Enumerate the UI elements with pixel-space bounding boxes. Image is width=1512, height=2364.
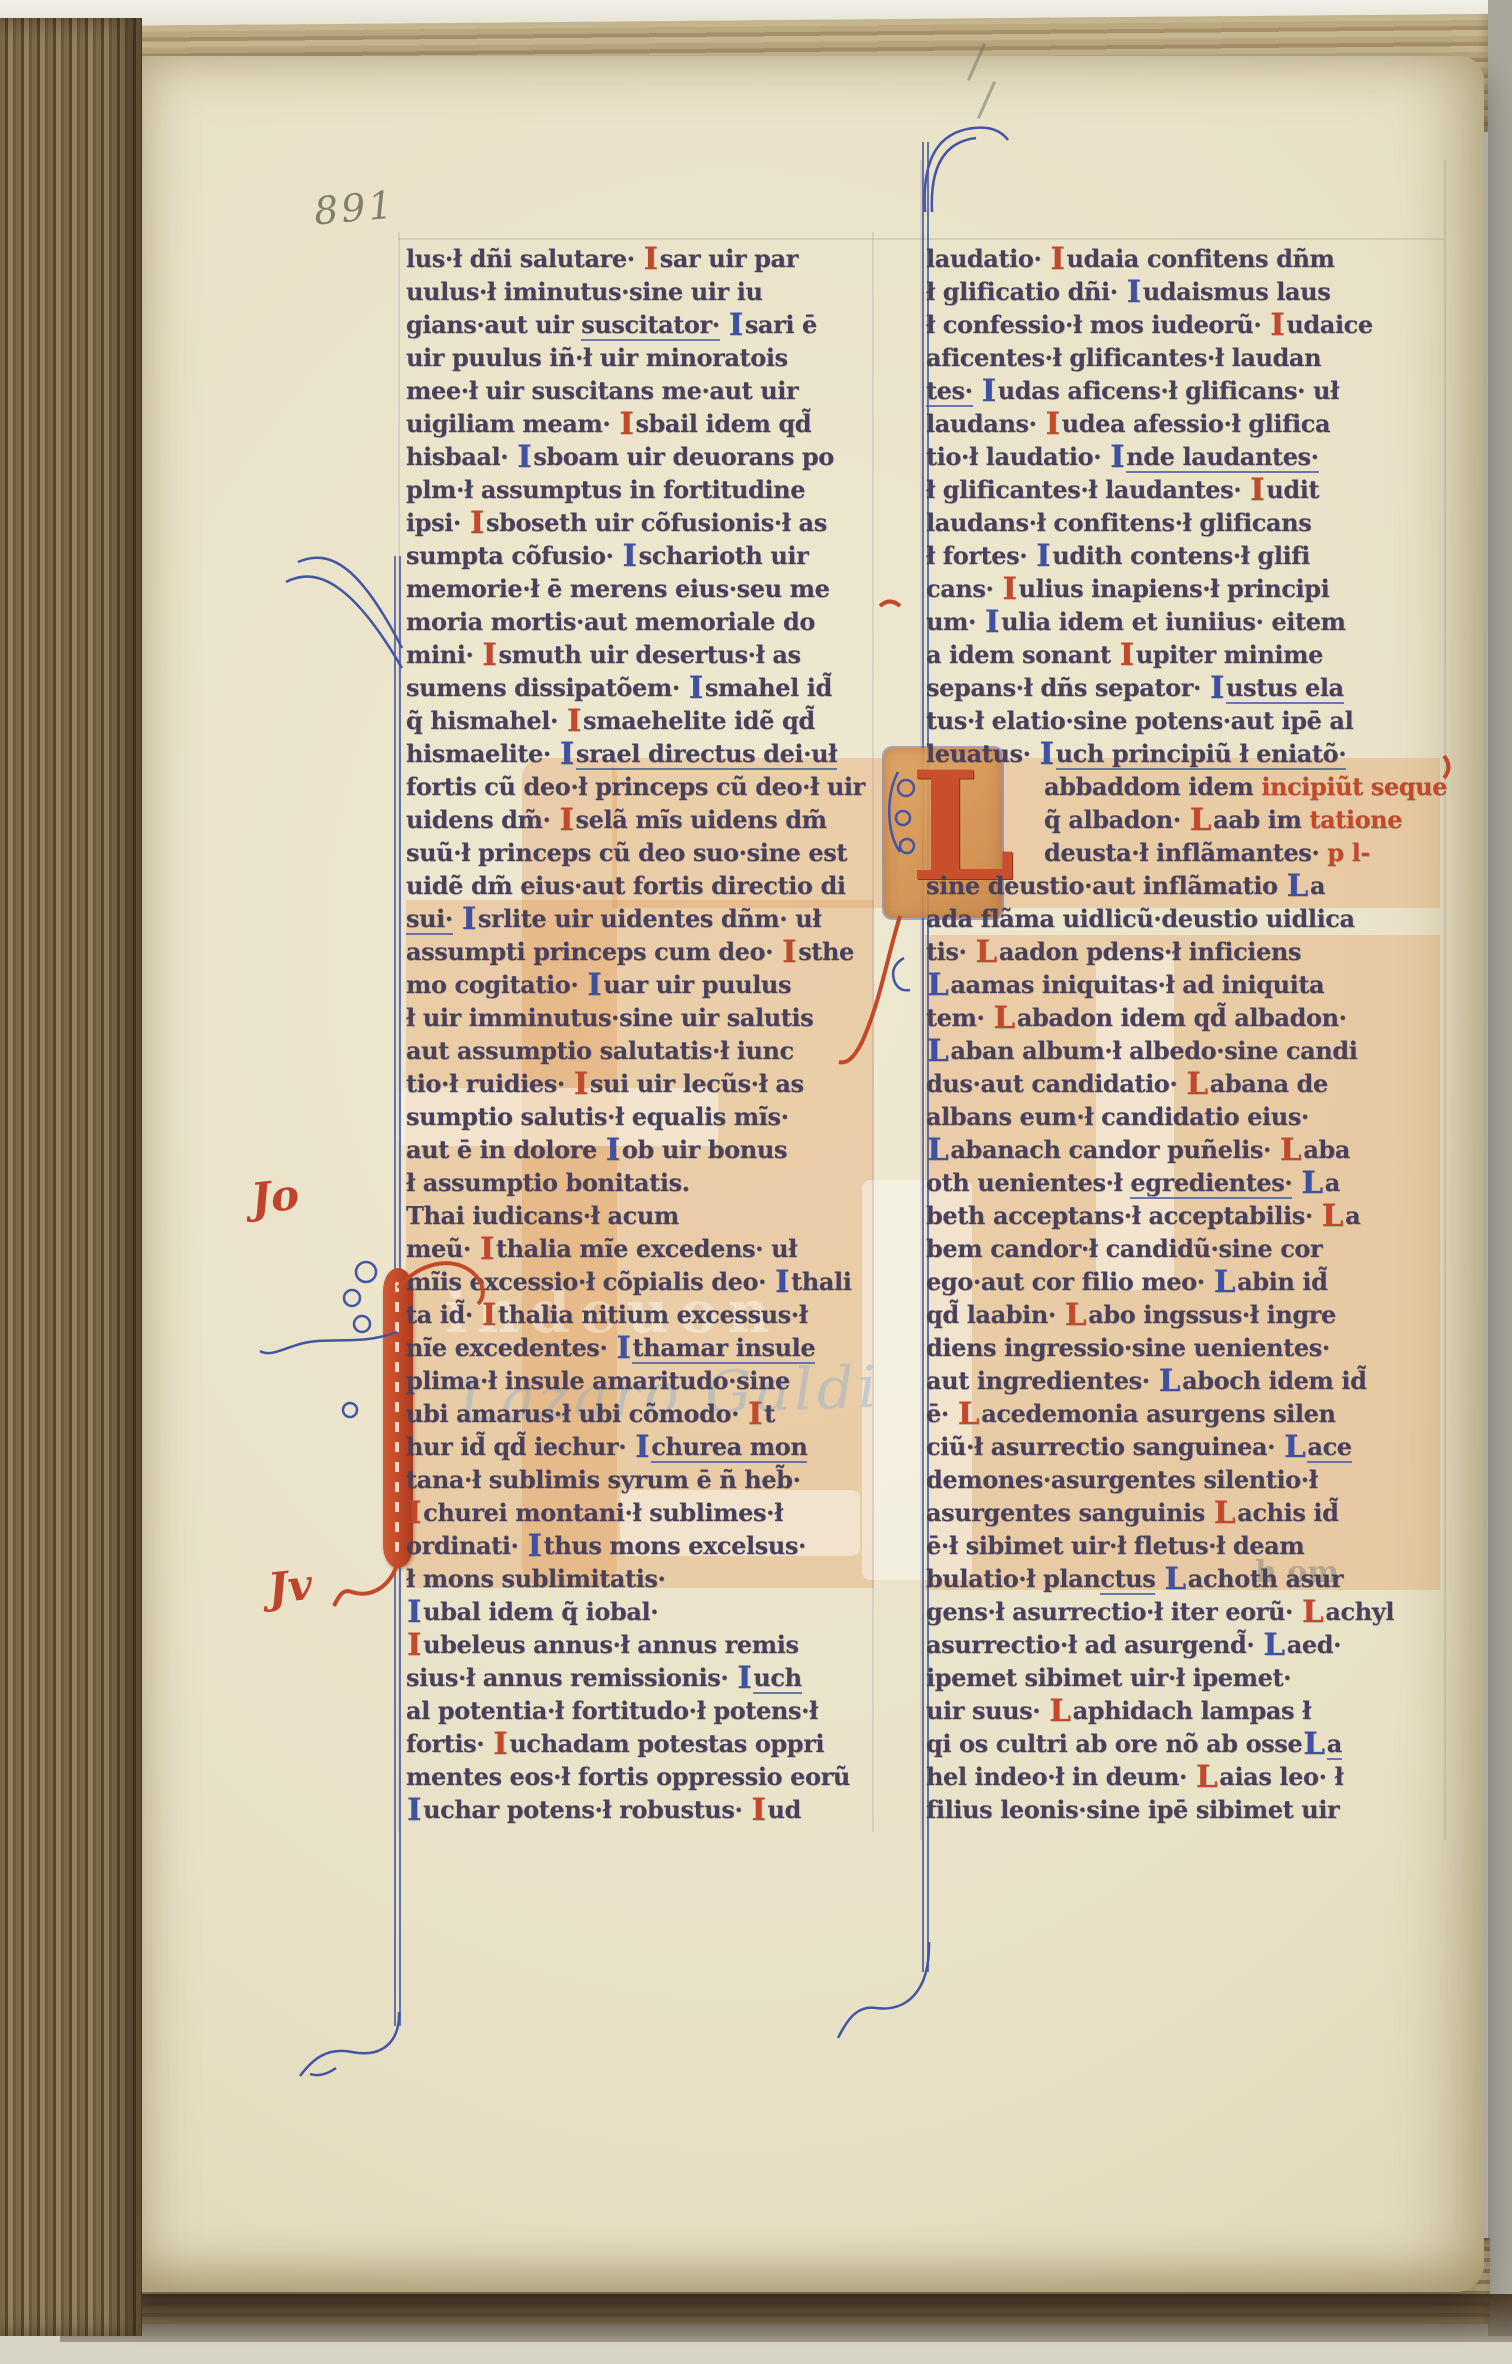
rubricated-initial: L [926,1033,950,1069]
rubricated-initial: I [559,736,576,772]
text-line: diens ingressio·sine uenientes· [926,1331,1446,1364]
text-segment: a [1325,1168,1340,1197]
text-segment: ł uir imminutus·sine uir salutis [406,1003,813,1032]
text-line: suũ·ł princeps cũ deo suo·sine est [406,836,881,869]
text-line: tana·ł sublimis syrum ē ñ heb̃· [406,1463,881,1496]
text-segment: hel indeo·ł in deum· [926,1762,1195,1791]
text-segment: tio·ł laudatio· [926,442,1109,471]
text-line: tus·ł elatio·sine potens·aut ipē al [926,704,1446,737]
text-segment: udaice [1286,310,1372,339]
text-line: mee·ł uir suscitans me·aut uir [406,374,881,407]
text-line: deusta·ł inflãmantes· p l- [926,836,1446,869]
text-segment: upiter minime [1136,640,1323,669]
text-segment: ud [768,1795,801,1824]
text-segment: tem· [926,1003,992,1032]
text-line: ł glificatio dñi· Iudaismus laus [926,275,1446,308]
text-line: tes· Iudas aficens·ł glificans· uł [926,374,1446,407]
text-line: dus·aut candidatio· Labana de [926,1067,1446,1100]
rubricated-initial: L [1185,1066,1209,1102]
text-segment: egredientes· [1130,1168,1292,1199]
text-line: uidẽ dm̃ eius·aut fortis directio di [406,869,881,902]
rubricated-initial: I [1049,241,1066,277]
rubricated-initial: L [957,1396,981,1432]
text-segment: ł glificantes·ł laudantes· [926,475,1249,504]
text-line: fortis· Iuchadam potestas oppri [406,1727,881,1760]
text-line: ł fortes· Iudith contens·ł glifi [926,539,1446,572]
text-segment: tio·ł ruidies· [406,1069,573,1098]
text-segment: laudans·ł confitens·ł glificans [926,508,1311,537]
rubricated-initial: I [750,1792,767,1828]
text-segment: al potentia·ł fortitudo·ł potens·ł [406,1696,818,1725]
text-segment: ego·aut cor filio meo· [926,1267,1213,1296]
text-segment: ł glificatio dñi· [926,277,1126,306]
rubricated-initial: I [406,1495,423,1531]
rubricated-initial: L [1195,1759,1219,1795]
text-segment: sthe [798,937,854,966]
text-line: sepans·ł dñs sepator· Iustus ela [926,671,1446,704]
text-segment: sar uir par [660,244,798,273]
rubricated-initial: I [736,1660,753,1696]
text-segment: ulius inapiens·ł principi [1019,574,1330,603]
text-segment: asurrectio·ł ad asurgend̃· [926,1630,1262,1659]
text-segment: thus mons excelsus· [544,1531,806,1560]
text-line: Iuchar potens·ł robustus· Iud [406,1793,881,1826]
text-segment: hisbaal· [406,442,516,471]
text-segment: srlite uir uidentes dñm· uł [478,904,821,933]
text-segment: ubal idem q̃ iobal· [423,1597,658,1626]
rubricated-initial: L [1189,802,1213,838]
text-segment: uar uir puulus [603,970,791,999]
scan-background-right [1488,0,1512,2364]
text-line: laudans· Iudea afessio·ł glifica [926,407,1446,440]
text-line: tio·ł ruidies· Isui uir lecũs·ł as [406,1067,881,1100]
text-line: sumens dissipatõem· Ismahel id̃ [406,671,881,704]
text-segment: udaismus laus [1143,277,1331,306]
rubricated-initial: I [984,604,1001,640]
text-line: q̃ hismahel· Ismaehelite idẽ qd̃ [406,704,881,737]
text-segment: a [1310,871,1325,900]
text-segment: a idem sonant [926,640,1119,669]
text-line: albans eum·ł candidatio eius· [926,1100,1446,1133]
text-segment: demones·asurgentes silentio·ł [926,1465,1318,1494]
text-line: moria mortis·aut memoriale do [406,605,881,638]
text-segment: suscitator· [581,310,720,341]
text-line: mĩis excessio·ł cõpialis deo· Ithali [406,1265,881,1298]
text-segment: udaia confitens dñm [1066,244,1334,273]
text-segment: tana·ł sublimis syrum ē ñ heb̃· [406,1465,801,1494]
text-segment: p l- [1327,838,1370,867]
text-segment: thalia nitium excessus·ł [498,1300,808,1329]
text-segment: acedemonia asurgens silen [981,1399,1335,1428]
text-line: Iubal idem q̃ iobal· [406,1595,881,1628]
rubricated-initial: I [774,1264,791,1300]
text-line: filius leonis·sine ipē sibimet uir [926,1793,1446,1826]
text-segment: abanach candor puñelis· [950,1135,1279,1164]
rubricated-initial: I [605,1132,622,1168]
text-line: lus·ł dñi salutare· Isar uir par [406,242,881,275]
text-segment: mĩis excessio·ł cõpialis deo· [406,1267,774,1296]
text-line: demones·asurgentes silentio·ł [926,1463,1446,1496]
text-line: ł uir imminutus·sine uir salutis [406,1001,881,1034]
text-segment: bem candor·ł candidũ·sine cor [926,1234,1322,1263]
text-segment: achyl [1325,1597,1394,1626]
text-line: mini· Ismuth uir desertus·ł as [406,638,881,671]
rubricated-initial: L [1286,868,1310,904]
text-line: laudatio· Iudaia confitens dñm [926,242,1446,275]
text-segment: dus·aut candidatio· [926,1069,1185,1098]
text-line: laudans·ł confitens·ł glificans [926,506,1446,539]
text-segment: uidẽ dm̃ eius·aut fortis directio di [406,871,846,900]
text-segment: assumpti princeps cum deo· [406,937,781,966]
rubricated-initial: I [1109,439,1126,475]
text-segment: ace [1307,1432,1351,1463]
text-line: ordinati· Ithus mons excelsus· [406,1529,881,1562]
text-segment: udit [1266,475,1319,504]
text-line: uigiliam meam· Isbail idem qd̃ [406,407,881,440]
manuscript-photo: indeuon Lazaro Galdi h om 891 Jo Jv L lu… [0,0,1512,2364]
text-segment: sumptio salutis·ł equalis mĩs· [406,1102,789,1131]
text-segment: srael directus dei·uł [576,739,837,770]
text-line: ta id̃· Ithalia nitium excessus·ł [406,1298,881,1331]
text-segment: ł confessio·ł mos iudeorũ· [926,310,1269,339]
text-segment: laudatio· [926,244,1049,273]
text-segment: nde laudantes· [1126,442,1318,473]
text-line: bem candor·ł candidũ·sine cor [926,1232,1446,1265]
text-segment: aadon pdens·ł inficiens [999,937,1301,966]
text-line: tem· Labadon idem qd̃ albadon· [926,1001,1446,1034]
text-segment: aficentes·ł glificantes·ł laudan [926,343,1321,372]
text-segment: uir puulus iñ·ł uir minoratois [406,343,788,372]
text-line: Iubeleus annus·ł annus remis [406,1628,881,1661]
text-segment: gians·aut uir [406,310,581,339]
text-segment: q̃ hismahel· [406,706,566,735]
rubricated-initial: I [1269,307,1286,343]
rubricated-initial: I [615,1330,632,1366]
text-segment: aut ingredientes· [926,1366,1158,1395]
text-segment: aba [1303,1135,1350,1164]
rubricated-initial: I [479,1231,496,1267]
rubricated-initial: I [1035,538,1052,574]
text-segment: mee·ł uir suscitans me·aut uir [406,376,798,405]
rubricated-initial: I [481,637,498,673]
rubricated-initial: I [469,505,486,541]
text-segment [720,310,728,339]
text-line: mentes eos·ł fortis oppressio eorũ [406,1760,881,1793]
rubricated-initial: I [406,1792,423,1828]
text-line: ipsi· Isboseth uir cõfusionis·ł as [406,506,881,539]
text-segment: qi os cultri ab ore nõ ab osse [926,1729,1302,1758]
rubricated-initial: I [688,670,705,706]
text-segment: abin id̃ [1237,1267,1327,1296]
text-line: tis· Laadon pdens·ł inficiens [926,935,1446,968]
text-segment: plm·ł assumptus in fortitudine [406,475,805,504]
text-segment: hur id̃ qd̃ iechur· [406,1432,634,1461]
text-segment: abana de [1210,1069,1328,1098]
text-segment: ł mons sublimitatis· [406,1564,666,1593]
text-line: uulus·ł iminutus·sine uir iu [406,275,881,308]
text-line: oth uenientes·ł egredientes· La [926,1166,1446,1199]
text-segment: sepans·ł dñs sepator· [926,673,1209,702]
text-line: ł mons sublimitatis· [406,1562,881,1595]
text-line: aficentes·ł glificantes·ł laudan [926,341,1446,374]
text-segment: ustus ela [1226,673,1344,704]
text-line: sius·ł annus remissionis· Iuch [406,1661,881,1694]
text-line: meũ· Ithalia mĩe excedens· uł [406,1232,881,1265]
rubricated-initial: L [1064,1297,1088,1333]
text-segment [453,904,461,933]
text-segment: incipiũt seque [1261,772,1447,801]
text-segment: aphidach lampas ł [1073,1696,1311,1725]
text-line: Ichurei montani·ł sublimes·ł [406,1496,881,1529]
rubricated-initial: I [1001,571,1018,607]
text-segment: ł assumptio bonitatis. [406,1168,690,1197]
text-segment: sboseth uir cõfusionis·ł as [486,508,827,537]
rubricated-initial: I [643,241,660,277]
text-segment: asurgentes sanguinis [926,1498,1213,1527]
text-segment: hismaelite· [406,739,559,768]
rubricated-initial: I [621,538,638,574]
rubricated-initial: I [558,802,575,838]
text-segment: scharioth uir [639,541,809,570]
text-line: uidens dm̃· Iselã mĩs uidens dm̃ [406,803,881,836]
text-line: ē·ł sibimet uir·ł fletus·ł deam [926,1529,1446,1562]
text-line: Laamas iniquitas·ł ad iniquita [926,968,1446,1001]
rubricated-initial: L [1163,1561,1187,1597]
text-segment: moria mortis·aut memoriale do [406,607,815,636]
rubricated-initial: I [586,967,603,1003]
text-segment: uulus·ł iminutus·sine uir iu [406,277,763,306]
text-segment: ē· [926,1399,957,1428]
text-segment: churea mon [651,1432,807,1463]
text-segment: cans· [926,574,1001,603]
text-segment: ob uir bonus [622,1135,787,1164]
text-line: ł glificantes·ł laudantes· Iudit [926,473,1446,506]
text-segment: sboam uir deuorans po [533,442,834,471]
text-line: ipemet sibimet uir·ł ipemet· [926,1661,1446,1694]
text-segment: smaehelite idẽ qd̃ [583,706,815,735]
text-segment: a [1345,1201,1360,1230]
text-line: ubi amarus·ł ubi cõmodo· It [406,1397,881,1430]
text-segment: tatione [1309,805,1402,834]
margin-letter-jo: Jo [249,1170,302,1224]
text-line: aut ē in dolore Iob uir bonus [406,1133,881,1166]
text-line: fortis cũ deo·ł princeps cũ deo·ł uir [406,770,881,803]
rubricated-initial: I [516,439,533,475]
text-segment: um· [926,607,984,636]
rubricated-initial: I [492,1726,509,1762]
text-segment: beth acceptans·ł acceptabilis· [926,1201,1321,1230]
text-segment: abbaddom idem [1044,772,1261,801]
text-column-right: laudatio· Iudaia confitens dñmł glificat… [926,242,1446,1826]
text-segment: memorie·ł ē merens eius·seu me [406,574,830,603]
text-line: aut assumptio salutatis·ł iunc [406,1034,881,1067]
text-segment: mentes eos·ł fortis oppressio eorũ [406,1762,850,1791]
text-line: plm·ł assumptus in fortitudine [406,473,881,506]
text-line: hismaelite· Israel directus dei·uł [406,737,881,770]
rubricated-initial: L [974,934,998,970]
text-segment: abadon idem qd̃ albadon· [1017,1003,1347,1032]
rubricated-initial: I [481,1297,498,1333]
text-segment: ē·ł sibimet uir·ł fletus·ł deam [926,1531,1304,1560]
text-segment: albans eum·ł candidatio eius· [926,1102,1309,1131]
text-line: a idem sonant Iupiter minime [926,638,1446,671]
text-segment: sari ē [745,310,817,339]
text-line: qi os cultri ab ore nõ ab osseLa [926,1727,1446,1760]
text-segment: tus·ł elatio·sine potens·aut ipē al [926,706,1353,735]
text-segment: aut ē in dolore [406,1135,605,1164]
text-line: qd̃ laabin· Labo ingssus·ł ingre [926,1298,1446,1331]
text-line: asurgentes sanguinis Lachis id̃ [926,1496,1446,1529]
rubricated-initial: L [1302,1726,1326,1762]
text-line: abbaddom idem incipiũt seque [926,770,1446,803]
text-segment: aban album·ł albedo·sine candi [950,1036,1357,1065]
rubricated-initial: I [1209,670,1226,706]
rubricated-initial: I [1045,406,1062,442]
text-segment: sine deustio·aut inflãmatio [926,871,1286,900]
text-line: hisbaal· Isboam uir deuorans po [406,440,881,473]
text-segment: uchar potens·ł robustus· [423,1795,750,1824]
text-segment: mini· [406,640,481,669]
rubricated-initial: I [981,373,998,409]
text-line: al potentia·ł fortitudo·ł potens·ł [406,1694,881,1727]
text-segment: sui uir lecũs·ł as [590,1069,804,1098]
text-segment: ulia idem et iuniius· eitem [1001,607,1345,636]
text-segment: ł fortes· [926,541,1035,570]
text-line: uir puulus iñ·ł uir minoratois [406,341,881,374]
text-line: tio·ł laudatio· Inde laudantes· [926,440,1446,473]
text-line: Labanach candor puñelis· Laba [926,1133,1446,1166]
text-segment: sumpta cõfusio· [406,541,621,570]
text-segment: udea afessio·ł glifica [1062,409,1330,438]
text-segment: churei montani·ł sublimes·ł [423,1498,783,1527]
rubricated-initial: L [1283,1429,1307,1465]
text-segment: uidens dm̃· [406,805,558,834]
text-line: sumpta cõfusio· Ischarioth uir [406,539,881,572]
text-segment: gens·ł asurrectio·ł iter eorũ· [926,1597,1301,1626]
rubricated-initial: L [1279,1132,1303,1168]
rubricated-initial: L [926,967,950,1003]
text-segment: t [764,1399,775,1428]
rubricated-initial: I [573,1066,590,1102]
text-line: ł confessio·ł mos iudeorũ· Iudaice [926,308,1446,341]
rubricated-initial: I [1119,637,1136,673]
rubricated-initial: I [406,1627,423,1663]
text-segment: fortis· [406,1729,492,1758]
text-segment: aboch idem id̃ [1182,1366,1366,1395]
text-segment: sumens dissipatõem· [406,673,688,702]
rubricated-initial: I [747,1396,764,1432]
text-segment: qd̃ laabin· [926,1300,1064,1329]
text-line: q̃ albadon· Laab im tatione [926,803,1446,836]
text-segment: uir suus· [926,1696,1048,1725]
text-segment: selã mĩs uidens dm̃ [576,805,827,834]
text-segment: aias leo· ł [1219,1762,1343,1791]
rubricated-initial: I [406,1594,423,1630]
text-segment: ipemet sibimet uir·ł ipemet· [926,1663,1291,1692]
text-segment: nĩe excedentes· [406,1333,615,1362]
rubricated-initial: I [1039,736,1056,772]
text-line: ciũ·ł asurrectio sanguinea· Lace [926,1430,1446,1463]
text-segment: lus·ł dñi salutare· [406,244,643,273]
text-line: sine deustio·aut inflãmatio La [926,869,1446,902]
text-line: assumpti princeps cum deo· Isthe [406,935,881,968]
rubricated-initial: L [1213,1495,1237,1531]
rubricated-initial: I [461,901,478,937]
rubricated-initial: I [781,934,798,970]
text-segment: plima·ł insule amaritudo·sine [406,1366,790,1395]
text-segment: ada flãma uidlicũ·deustio uidlica [926,904,1355,933]
text-segment: q̃ albadon· [1044,805,1189,834]
rubricated-initial: L [992,1000,1016,1036]
rubricated-initial: I [728,307,745,343]
text-segment: uchadam potestas oppri [509,1729,824,1758]
rubricated-initial: L [1300,1165,1324,1201]
text-segment: ubeleus annus·ł annus remis [423,1630,798,1659]
text-column-left: lus·ł dñi salutare· Isar uir paruulus·ł … [406,242,881,1826]
text-segment: uch principiũ ł eniatõ· [1056,739,1347,770]
text-line: plima·ł insule amaritudo·sine [406,1364,881,1397]
text-line: ada flãma uidlicũ·deustio uidlica [926,902,1446,935]
text-line: memorie·ł ē merens eius·seu me [406,572,881,605]
text-line: beth acceptans·ł acceptabilis· La [926,1199,1446,1232]
text-segment: fortis cũ deo·ł princeps cũ deo·ł uir [406,772,865,801]
text-segment: leuatus· [926,739,1039,768]
rubricated-initial: L [1301,1594,1325,1630]
rubricated-initial: I [618,406,635,442]
text-line: nĩe excedentes· Ithamar insule [406,1331,881,1364]
text-segment: sius·ł annus remissionis· [406,1663,736,1692]
rubricated-initial: I [1126,274,1143,310]
text-segment: ciũ·ł asurrectio sanguinea· [926,1432,1283,1461]
text-segment: sbail idem qd̃ [635,409,811,438]
text-segment: Thai iudicans·ł acum [406,1201,679,1230]
rubricated-initial: L [1321,1198,1345,1234]
text-segment: thamar insule [632,1333,815,1364]
text-segment: ipsi· [406,508,469,537]
text-segment: suũ·ł princeps cũ deo suo·sine est [406,838,847,867]
text-segment: thali [791,1267,851,1296]
text-segment: uch [753,1663,801,1694]
text-line: mo cogitatio· Iuar uir puulus [406,968,881,1001]
text-segment: tis· [926,937,974,966]
text-segment: aamas iniquitas·ł ad iniquita [950,970,1324,999]
rubricated-initial: L [1213,1264,1237,1300]
rubricated-initial: I [1249,472,1266,508]
text-segment: tes· [926,376,973,407]
text-line: um· Iulia idem et iuniius· eitem [926,605,1446,638]
text-segment: smuth uir desertus·ł as [499,640,801,669]
text-segment: ta id̃· [406,1300,481,1329]
text-segment: ctus [1100,1564,1155,1595]
text-segment: aut assumptio salutatis·ł iunc [406,1036,794,1065]
text-line: uir suus· Laphidach lampas ł [926,1694,1446,1727]
margin-letter-jv: Jv [266,1560,315,1613]
text-line: ē· Lacedemonia asurgens silen [926,1397,1446,1430]
rubricated-initial: I [634,1429,651,1465]
book-fore-edge [0,18,142,2336]
text-segment: oth uenientes·ł [926,1168,1130,1197]
text-segment: mo cogitatio· [406,970,586,999]
rubricated-initial: L [1048,1693,1072,1729]
text-segment: bulatio·ł plan [926,1564,1100,1593]
text-line: ł assumptio bonitatis. [406,1166,881,1199]
text-segment: filius leonis·sine ipē sibimet uir [926,1795,1339,1824]
text-line: hel indeo·ł in deum· Laias leo· ł [926,1760,1446,1793]
text-segment: laudans· [926,409,1045,438]
text-segment: uigiliam meam· [406,409,618,438]
text-segment: smahel id̃ [705,673,832,702]
text-segment: achoth asur [1188,1564,1343,1593]
